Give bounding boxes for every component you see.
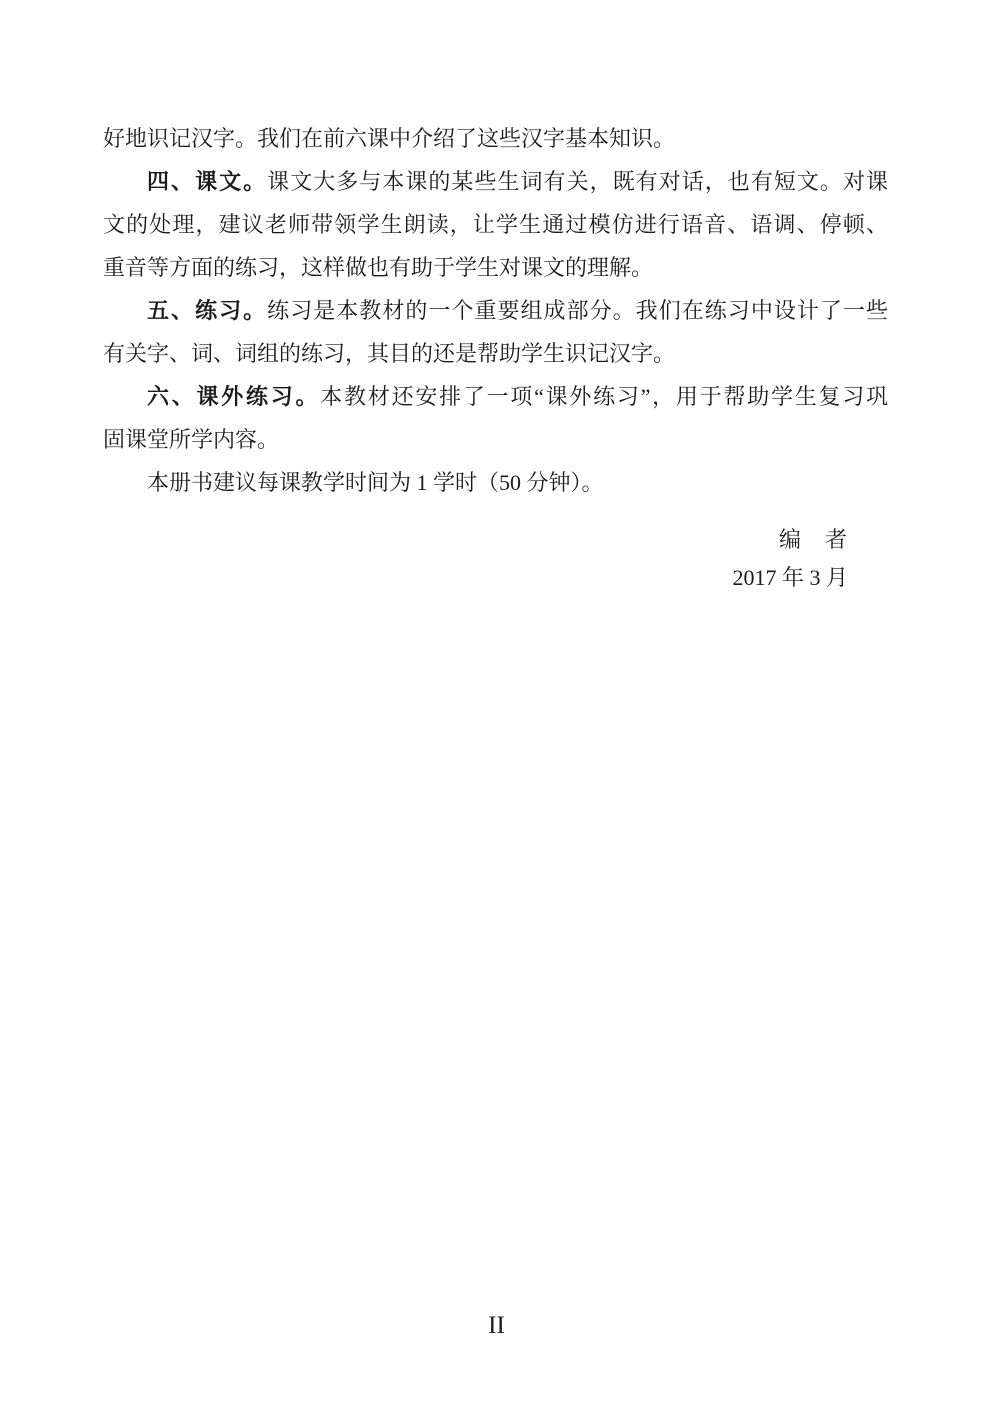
section-heading: 四、课文。 <box>147 169 267 194</box>
text-line: 固课堂所学内容。 <box>103 418 888 461</box>
signature-block: 编 者 2017 年 3 月 <box>103 521 888 597</box>
text-line: 四、课文。课文大多与本课的某些生词有关，既有对话，也有短文。对课 <box>103 160 888 203</box>
body-text: 好地识记汉字。我们在前六课中介绍了这些汉字基本知识。 四、课文。课文大多与本课的… <box>103 117 888 597</box>
section-heading: 五、练习。 <box>147 298 267 323</box>
text-line-content: 好地识记汉字。我们在前六课中介绍了这些汉字基本知识。 <box>103 126 675 151</box>
text-line: 本册书建议每课教学时间为 1 学时（50 分钟）。 <box>103 461 888 504</box>
text-line: 文的处理，建议老师带领学生朗读，让学生通过模仿进行语音、语调、停顿、 <box>103 203 888 246</box>
author-line: 编 者 <box>103 521 848 559</box>
text-line-content: 课文大多与本课的某些生词有关，既有对话，也有短文。对课 <box>267 169 888 194</box>
text-line-content: 本册书建议每课教学时间为 1 学时（50 分钟）。 <box>147 470 604 495</box>
text-line: 六、课外练习。本教材还安排了一项“课外练习”，用于帮助学生复习巩 <box>103 375 888 418</box>
text-line-content: 有关字、词、词组的练习，其目的还是帮助学生识记汉字。 <box>103 341 675 366</box>
text-line-content: 练习是本教材的一个重要组成部分。我们在练习中设计了一些 <box>267 298 888 323</box>
text-line: 重音等方面的练习，这样做也有助于学生对课文的理解。 <box>103 246 888 289</box>
text-line-content: 固课堂所学内容。 <box>103 427 279 452</box>
date-line: 2017 年 3 月 <box>103 559 848 597</box>
page-number: II <box>0 1312 993 1340</box>
text-line: 有关字、词、词组的练习，其目的还是帮助学生识记汉字。 <box>103 332 888 375</box>
text-line: 好地识记汉字。我们在前六课中介绍了这些汉字基本知识。 <box>103 117 888 160</box>
text-line-content: 文的处理，建议老师带领学生朗读，让学生通过模仿进行语音、语调、停顿、 <box>103 212 888 237</box>
text-line-content: 本教材还安排了一项“课外练习”，用于帮助学生复习巩 <box>320 384 888 409</box>
document-page: 好地识记汉字。我们在前六课中介绍了这些汉字基本知识。 四、课文。课文大多与本课的… <box>0 0 993 1401</box>
text-line-content: 重音等方面的练习，这样做也有助于学生对课文的理解。 <box>103 255 653 280</box>
text-line: 五、练习。练习是本教材的一个重要组成部分。我们在练习中设计了一些 <box>103 289 888 332</box>
section-heading: 六、课外练习。 <box>147 384 320 409</box>
